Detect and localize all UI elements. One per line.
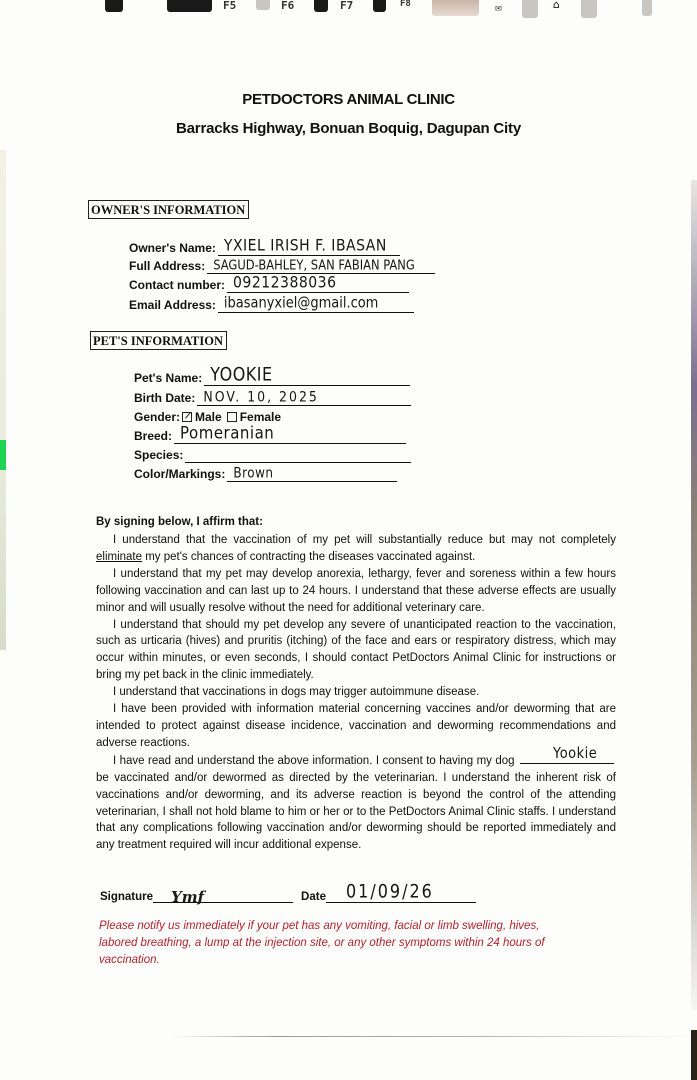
affirmation-paragraph-6: I have read and understand the above inf… xyxy=(96,752,616,854)
date-field[interactable]: 01/09/26 xyxy=(326,884,476,903)
owner-contact-label: Contact number: xyxy=(129,278,225,293)
owner-address-value[interactable]: SAGUD-BAHLEY, SAN FABIAN PANG xyxy=(213,257,415,273)
affirmation-paragraph-1: I understand that the vaccination of my … xyxy=(96,532,616,566)
pet-color-field[interactable]: Color/Markings: Brown xyxy=(134,464,397,482)
signature-row: Signature Ymf Date 01/09/26 xyxy=(100,884,476,903)
pet-breed-label: Breed: xyxy=(134,429,172,444)
owner-contact-field[interactable]: Contact number: 09212388036 xyxy=(129,275,409,293)
dog-name-field[interactable]: Yookie xyxy=(520,752,614,764)
underlined-word: eliminate xyxy=(96,551,142,563)
owner-email-value[interactable]: ibasanyxiel@gmail.com xyxy=(224,295,378,312)
pet-birthdate-value[interactable]: NOV. 10, 2025 xyxy=(203,388,319,405)
owner-contact-value[interactable]: 09212388036 xyxy=(233,274,336,292)
post-vaccination-notice: Please notify us immediately if your pet… xyxy=(99,918,579,969)
owner-email-label: Email Address: xyxy=(129,298,216,313)
affirmation-body: I understand that the vaccination of my … xyxy=(96,532,616,854)
clinic-name: PETDOCTORS ANIMAL CLINIC xyxy=(0,91,697,108)
gender-male-checkbox[interactable] xyxy=(182,412,192,422)
affirmation-paragraph-4: I understand that vaccinations in dogs m… xyxy=(96,684,616,701)
affirmation-paragraph-2: I understand that my pet may develop ano… xyxy=(96,566,616,617)
owner-section-title: OWNER'S INFORMATION xyxy=(88,200,249,219)
signature-field[interactable]: Ymf xyxy=(153,884,293,903)
pet-name-label: Pet's Name: xyxy=(134,371,202,386)
owner-address-label: Full Address: xyxy=(129,259,205,274)
pet-name-value[interactable]: YOOKIE xyxy=(210,363,272,385)
date-value[interactable]: 01/09/26 xyxy=(346,880,434,902)
pet-gender-label: Gender: xyxy=(134,410,180,424)
date-label: Date xyxy=(301,891,326,903)
consent-form-page: PETDOCTORS ANIMAL CLINIC Barracks Highwa… xyxy=(0,0,697,1080)
pet-color-label: Color/Markings: xyxy=(134,467,225,482)
pet-name-field[interactable]: Pet's Name: YOOKIE xyxy=(134,368,410,386)
gender-female-checkbox[interactable] xyxy=(227,412,237,422)
pet-breed-value[interactable]: Pomeranian xyxy=(180,422,274,443)
dog-name-value[interactable]: Yookie xyxy=(536,745,597,764)
owner-address-field[interactable]: Full Address: SAGUD-BAHLEY, SAN FABIAN P… xyxy=(129,256,435,274)
affirmation-paragraph-3: I understand that should my pet develop … xyxy=(96,617,616,685)
pet-breed-field[interactable]: Breed: Pomeranian xyxy=(134,426,406,444)
pet-section-title: PET'S INFORMATION xyxy=(90,331,227,350)
signature-label: Signature xyxy=(100,891,153,903)
owner-name-value[interactable]: YXIEL IRISH F. IBASAN xyxy=(224,237,387,255)
affirmation-heading: By signing below, I affirm that: xyxy=(96,516,263,528)
pet-birthdate-field[interactable]: Birth Date: NOV. 10, 2025 xyxy=(134,388,411,406)
clinic-address: Barracks Highway, Bonuan Boquig, Dagupan… xyxy=(0,120,697,137)
pet-color-value[interactable]: Brown xyxy=(233,465,273,481)
pet-species-label: Species: xyxy=(134,448,183,463)
signature-value: Ymf xyxy=(171,888,204,906)
affirmation-paragraph-5: I have been provided with information ma… xyxy=(96,701,616,752)
pet-birthdate-label: Birth Date: xyxy=(134,391,195,406)
pet-species-field[interactable]: Species: xyxy=(134,445,411,463)
owner-name-field[interactable]: Owner's Name: YXIEL IRISH F. IBASAN xyxy=(129,238,400,256)
owner-name-label: Owner's Name: xyxy=(129,241,216,256)
owner-email-field[interactable]: Email Address: ibasanyxiel@gmail.com xyxy=(129,295,414,313)
